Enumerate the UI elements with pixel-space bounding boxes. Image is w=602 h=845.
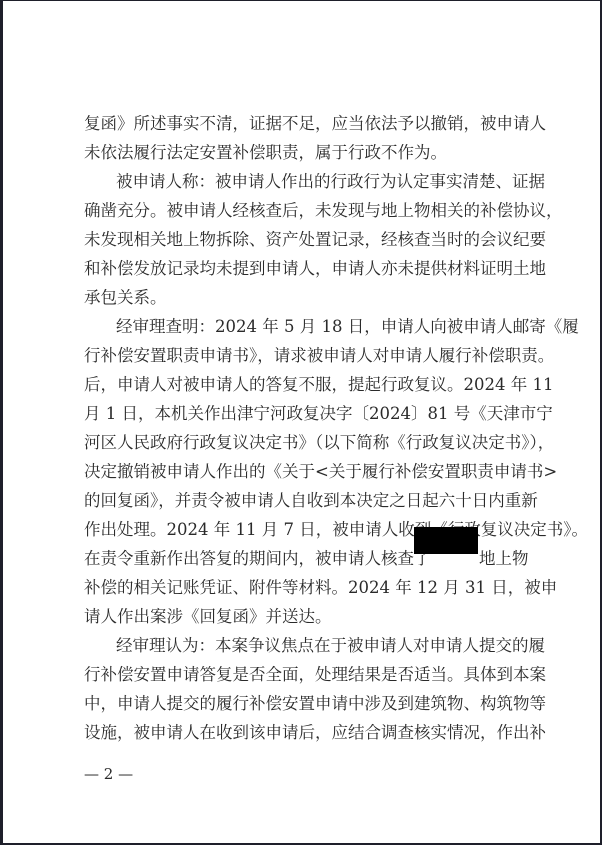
text-line: 和补偿发放记录均未提到申请人，申请人亦未提供材料证明土地 (84, 257, 525, 281)
text-line: 中，申请人提交的履行补偿安置申请中涉及到建筑物、构筑物等 (84, 692, 525, 716)
text-line: 后，申请人对被申请人的答复不服，提起行政复议。2024 年 11 (84, 373, 525, 397)
text-line: 行补偿安置职责申请书》，请求被申请人对申请人履行补偿职责。 (84, 344, 525, 368)
redaction-block (414, 527, 478, 554)
document-page: 复函》所述事实不清，证据不足，应当依法予以撤销，被申请人 未依法履行法定安置补偿… (3, 1, 600, 843)
text-line: 经审理查明：2024 年 5 月 18 日，申请人向被申请人邮寄《履 (116, 315, 525, 339)
text-line: 的回复函》，并责令被申请人自收到本决定之日起六十日内重新 (84, 489, 525, 513)
text-line: 设施，被申请人在收到该申请后，应结合调查核实情况，作出补 (84, 721, 525, 745)
text-line: 行补偿安置申请答复是否全面，处理结果是否适当。具体到本案 (84, 663, 525, 687)
text-line: 决定撤销被申请人作出的《关于<关于履行补偿安置职责申请书> (84, 460, 525, 484)
text-line: 未发现相关地上物拆除、资产处置记录，经核查当时的会议纪要 (84, 228, 525, 252)
text-line: 未依法履行法定安置补偿职责，属于行政不作为。 (84, 141, 447, 165)
text-line: 地上物 (479, 547, 529, 571)
text-line: 补偿的相关记账凭证、附件等材料。2024 年 12 月 31 日，被申 (84, 576, 525, 600)
text-line: 经审理认为：本案争议焦点在于被申请人对申请人提交的履 (116, 634, 525, 658)
text-line: 被申请人称：被申请人作出的行政行为认定事实清楚、证据 (116, 170, 525, 194)
text-line: 月 1 日，本机关作出津宁河政复决字〔2024〕81 号《天津市宁 (84, 402, 525, 426)
text-line: 河区人民政府行政复议决定书》（以下简称《行政复议决定书》）， (84, 431, 525, 455)
text-line: 确凿充分。被申请人经核查后，未发现与地上物相关的补偿协议， (84, 199, 525, 223)
text-line: 在责令重新作出答复的期间内，被申请人核查了 (84, 547, 412, 571)
text-line: 请人作出案涉《回复函》并送达。 (84, 605, 332, 629)
text-line: 承包关系。 (84, 286, 167, 310)
page-number: — 2 — (84, 765, 133, 783)
text-line: 复函》所述事实不清，证据不足，应当依法予以撤销，被申请人 (84, 112, 525, 136)
